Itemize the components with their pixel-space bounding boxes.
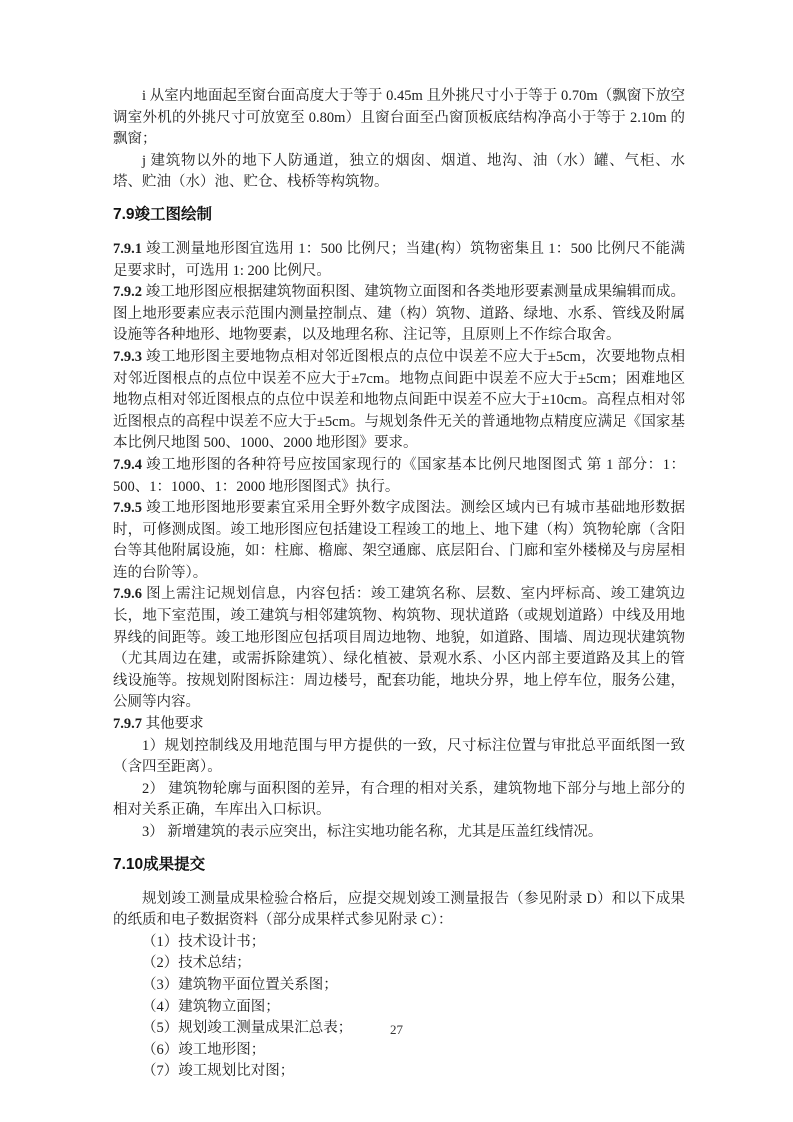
paragraph: j 建筑物以外的地下人防通道，独立的烟囱、烟道、地沟、油（水）罐、气柜、水塔、贮… — [113, 151, 685, 194]
document-body: i 从室内地面起至窗台面高度大于等于 0.45m 且外挑尺寸小于等于 0.70m… — [113, 86, 685, 1083]
page-number: 27 — [0, 1022, 793, 1038]
clause-number: 7.9.5 — [113, 500, 142, 516]
deliverable-item: （6）竣工地形图； — [113, 1040, 685, 1062]
clause-7-9-2: 7.9.2 竣工地形图应根据建筑物面积图、建筑物立面图和各类地形要素测量成果编辑… — [113, 282, 685, 347]
clause-7-9-4: 7.9.4 竣工地形图的各种符号应按国家现行的《国家基本比例尺地图图式 第 1 … — [113, 455, 685, 498]
paragraph: 规划竣工测量成果检验合格后，应提交规划竣工测量报告（参见附录 D）和以下成果的纸… — [113, 889, 685, 932]
paragraph: 3） 新增建筑的表示应突出，标注实地功能名称，尤其是压盖红线情况。 — [113, 822, 685, 844]
deliverable-item: （4）建筑物立面图； — [113, 997, 685, 1019]
section-heading: 7.9竣工图绘制 — [113, 204, 685, 226]
paragraph: 2） 建筑物轮廓与面积图的差异，有合理的相对关系，建筑物地下部分与地上部分的相对… — [113, 779, 685, 822]
paragraph: i 从室内地面起至窗台面高度大于等于 0.45m 且外挑尺寸小于等于 0.70m… — [113, 86, 685, 151]
deliverable-item: （7）竣工规划比对图； — [113, 1061, 685, 1083]
document-page: i 从室内地面起至窗台面高度大于等于 0.45m 且外挑尺寸小于等于 0.70m… — [0, 0, 793, 1122]
clause-7-9-1: 7.9.1 竣工测量地形图宜选用 1：500 比例尺；当建(构）筑物密集且 1：… — [113, 239, 685, 282]
clause-number: 7.9.2 — [113, 284, 142, 300]
clause-number: 7.9.6 — [113, 586, 142, 602]
clause-7-9-3: 7.9.3 竣工地形图主要地物点相对邻近图根点的点位中误差不应大于±5cm，次要… — [113, 347, 685, 455]
clause-7-9-7: 7.9.7 其他要求 — [113, 714, 685, 736]
clause-7-9-6: 7.9.6 图上需注记规划信息，内容包括：竣工建筑名称、层数、室内坪标高、竣工建… — [113, 584, 685, 714]
deliverable-item: （1）技术设计书； — [113, 932, 685, 954]
paragraph: 1）规划控制线及用地范围与甲方提供的一致，尺寸标注位置与审批总平面纸图一致（含四… — [113, 736, 685, 779]
clause-number: 7.9.3 — [113, 349, 142, 365]
deliverable-item: （3）建筑物平面位置关系图； — [113, 975, 685, 997]
clause-7-9-5: 7.9.5 竣工地形图地形要素宜采用全野外数字成图法。测绘区域内已有城市基础地形… — [113, 498, 685, 584]
section-heading: 7.10成果提交 — [113, 854, 685, 876]
clause-number: 7.9.1 — [113, 241, 142, 257]
deliverable-item: （2）技术总结； — [113, 953, 685, 975]
clause-number: 7.9.4 — [113, 457, 142, 473]
clause-number: 7.9.7 — [113, 716, 142, 732]
